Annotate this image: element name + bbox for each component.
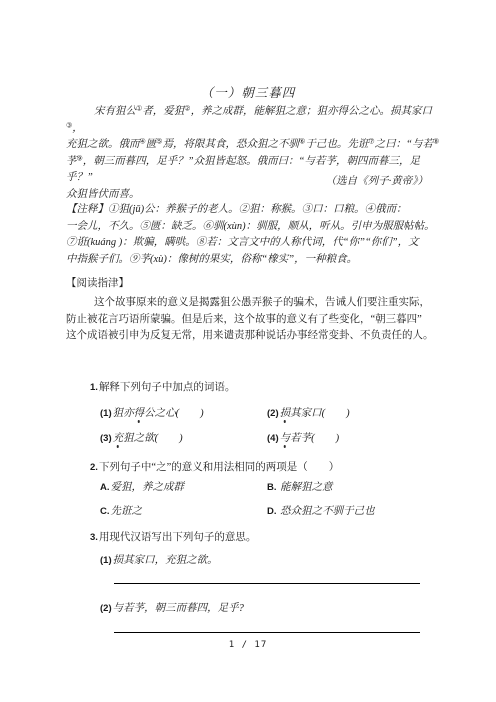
q3-item-1: (1)损其家口，充狙之欲。: [100, 552, 218, 567]
answer-line-2: [114, 632, 420, 633]
q2-option-b-text: 能解狙之意: [278, 482, 333, 493]
q2-option-c: C.先诳之: [100, 503, 142, 518]
question-2-number: 2.: [90, 462, 98, 473]
q1-item-2-text: 损其家口( ): [280, 408, 350, 419]
q3-item-1-text: 损其家口，充狙之欲。: [113, 555, 218, 566]
q1-item-4-text: 与若芧( ): [280, 433, 340, 444]
question-1-text: 解释下列句子中加点的词语。: [99, 382, 236, 393]
q3-item-2: (2)与若芧，朝三而暮四，足乎?: [100, 600, 244, 615]
reading-guide-text: 这个故事原来的意义是揭露狙公愚弄猴子的骗术，告诫人们要注重实际，防止被花言巧语所…: [66, 295, 440, 345]
q1-item-3-text: 充狙之欲( ): [113, 433, 183, 444]
question-2-stem: 2.下列句子中“之”的意义和用法相同的两项是（ ）: [90, 459, 339, 474]
question-2-text: 下列句子中“之”的意义和用法相同的两项是（ ）: [99, 462, 339, 473]
q1-item-3-label: (3): [100, 433, 112, 444]
q2-option-d-label: D.: [267, 506, 277, 517]
q1-item-3: (3)充狙之欲( ): [100, 430, 183, 445]
q2-option-a-text: 爱狙，养之成群: [111, 482, 185, 493]
q2-option-b-label: B.: [267, 482, 277, 493]
q3-item-1-label: (1): [100, 555, 112, 566]
q1-item-2: (2)损其家口( ): [267, 405, 350, 420]
q1-item-1-text: 狙亦得公之心( ): [113, 408, 204, 419]
q2-option-d-text: 恐众狙之不驯于己也: [278, 506, 375, 517]
q1-item-1: (1)狙亦得公之心( ): [100, 405, 204, 420]
q2-option-c-label: C.: [100, 506, 110, 517]
passage-text: 宋有狙公①者，爱狙②，养之成群，能解狙之意；狙亦得公之心。损其家口③，充狙之欲。…: [66, 104, 440, 204]
annotations-text: 【注释】①狙(jū)公：养猴子的老人。②狙：称猴。③口：口粮。④俄而：一会儿，不…: [66, 202, 440, 268]
q1-item-4: (4)与若芧( ): [267, 430, 339, 445]
q3-item-2-label: (2): [100, 603, 112, 614]
q2-option-c-text: 先诳之: [111, 506, 143, 517]
section-title: （一）朝三暮四: [0, 83, 496, 101]
source-citation: （选自《列子·黄帝》）: [66, 173, 428, 188]
q1-item-4-label: (4): [267, 433, 279, 444]
question-3-stem: 3.用现代汉语写出下列句子的意思。: [90, 529, 256, 544]
q2-option-b: B. 能解狙之意: [267, 479, 333, 494]
page-number: 1 / 17: [0, 640, 496, 650]
q2-option-d: D. 恐众狙之不驯于己也: [267, 503, 375, 518]
q1-item-1-label: (1): [100, 408, 112, 419]
question-3-text: 用现代汉语写出下列句子的意思。: [99, 532, 257, 543]
q2-option-a: A.爱狙，养之成群: [100, 479, 184, 494]
reading-guide-heading: 【阅读指津】: [66, 275, 129, 290]
answer-line-1: [114, 583, 420, 584]
q1-item-2-label: (2): [267, 408, 279, 419]
q3-item-2-text: 与若芧，朝三而暮四，足乎?: [113, 603, 244, 614]
question-3-number: 3.: [90, 532, 98, 543]
q2-option-a-label: A.: [100, 482, 110, 493]
question-1-stem: 1.解释下列句子中加点的词语。: [90, 379, 235, 394]
question-1-number: 1.: [90, 382, 98, 393]
